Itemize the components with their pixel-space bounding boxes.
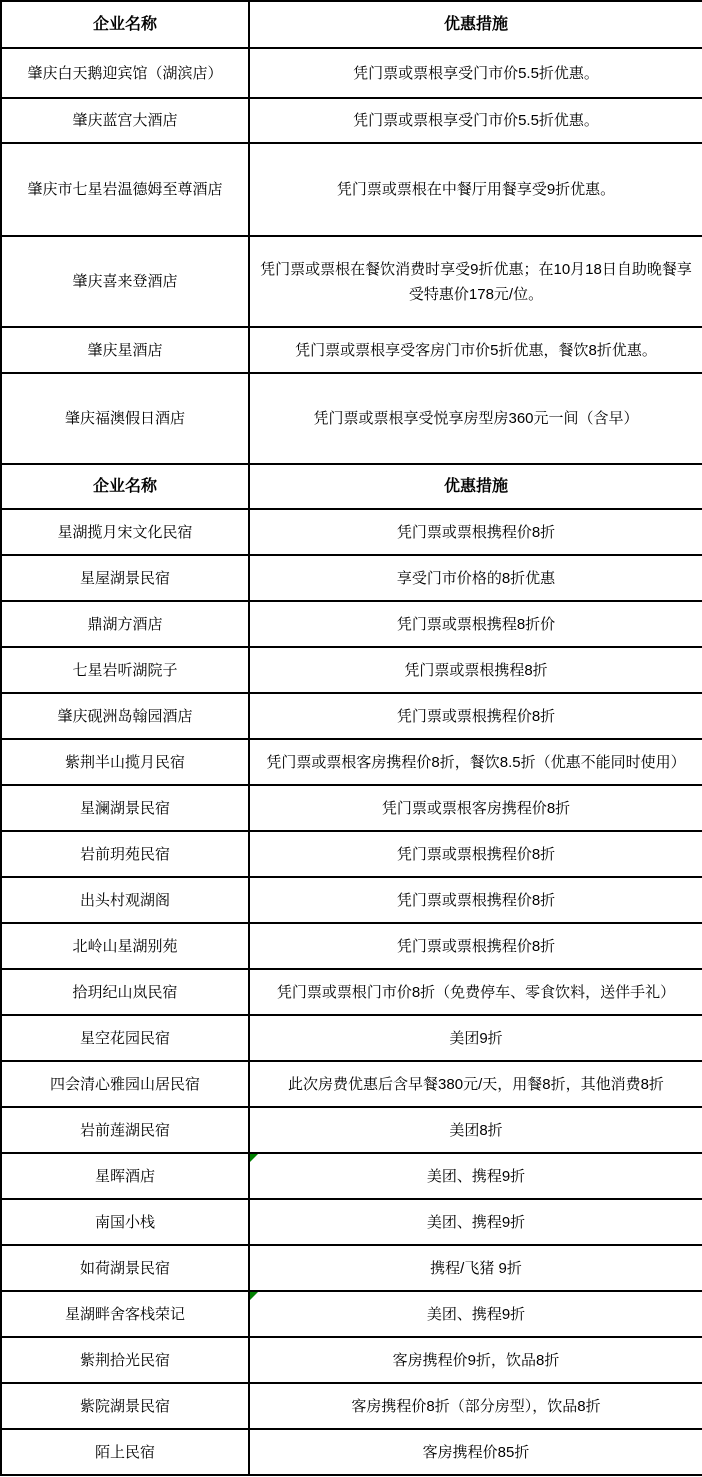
company-name-cell: 南国小栈: [1, 1199, 249, 1245]
table-row: 鼎湖方酒店 凭门票或票根携程8折价: [1, 601, 702, 647]
offer-cell: 凭门票或票根享受悦享房型房360元一间（含早）: [249, 373, 702, 464]
green-triangle-flag-icon: [250, 1292, 258, 1300]
company-name-cell: 鼎湖方酒店: [1, 601, 249, 647]
table-row: 四会清心雅园山居民宿 此次房费优惠后含早餐380元/天，用餐8折，其他消费8折: [1, 1061, 702, 1107]
column-header-company: 企业名称: [1, 464, 249, 509]
company-name-cell: 紫院湖景民宿: [1, 1383, 249, 1429]
company-name-cell: 星屋湖景民宿: [1, 555, 249, 601]
offer-cell: 享受门市价格的8折优惠: [249, 555, 702, 601]
table-row: 星湖畔舍客栈荣记 美团、携程9折: [1, 1291, 702, 1337]
table-row: 星晖酒店 美团、携程9折: [1, 1153, 702, 1199]
table-row: 星屋湖景民宿 享受门市价格的8折优惠: [1, 555, 702, 601]
table-row: 紫荆半山揽月民宿 凭门票或票根客房携程价8折，餐饮8.5折（优惠不能同时使用）: [1, 739, 702, 785]
offer-cell: 凭门票或票根享受客房门市价5折优惠，餐饮8折优惠。: [249, 327, 702, 373]
company-name-cell: 岩前玥苑民宿: [1, 831, 249, 877]
offer-cell: 凭门票或票根客房携程价8折，餐饮8.5折（优惠不能同时使用）: [249, 739, 702, 785]
company-name-cell: 北岭山星湖别苑: [1, 923, 249, 969]
offer-cell: 美团、携程9折: [249, 1199, 702, 1245]
offer-cell: 美团、携程9折: [249, 1291, 702, 1337]
table-row: 拾玥纪山岚民宿 凭门票或票根门市价8折（免费停车、零食饮料，送伴手礼）: [1, 969, 702, 1015]
column-header-company: 企业名称: [1, 1, 249, 48]
table-row: 南国小栈 美团、携程9折: [1, 1199, 702, 1245]
table-row: 肇庆白天鹅迎宾馆（湖滨店） 凭门票或票根享受门市价5.5折优惠。: [1, 48, 702, 98]
table-row: 肇庆喜来登酒店 凭门票或票根在餐饮消费时享受9折优惠；在10月18日自助晚餐享受…: [1, 236, 702, 327]
company-name-cell: 星湖畔舍客栈荣记: [1, 1291, 249, 1337]
company-name-cell: 星空花园民宿: [1, 1015, 249, 1061]
offer-text: 美团、携程9折: [427, 1168, 525, 1185]
offer-cell: 凭门票或票根携程8折: [249, 647, 702, 693]
company-name-cell: 肇庆市七星岩温德姆至尊酒店: [1, 143, 249, 236]
company-name-cell: 紫荆半山揽月民宿: [1, 739, 249, 785]
company-name-cell: 如荷湖景民宿: [1, 1245, 249, 1291]
table-row: 七星岩听湖院子 凭门票或票根携程8折: [1, 647, 702, 693]
table-row: 北岭山星湖别苑 凭门票或票根携程价8折: [1, 923, 702, 969]
table-row: 肇庆福澳假日酒店 凭门票或票根享受悦享房型房360元一间（含早）: [1, 373, 702, 464]
table-row: 肇庆砚洲岛翰园酒店 凭门票或票根携程价8折: [1, 693, 702, 739]
company-name-cell: 岩前莲湖民宿: [1, 1107, 249, 1153]
company-name-cell: 星晖酒店: [1, 1153, 249, 1199]
offer-cell: 凭门票或票根携程价8折: [249, 877, 702, 923]
offer-cell: 凭门票或票根享受门市价5.5折优惠。: [249, 98, 702, 143]
discount-table: 企业名称 优惠措施 肇庆白天鹅迎宾馆（湖滨店） 凭门票或票根享受门市价5.5折优…: [0, 0, 702, 1476]
column-header-offer: 优惠措施: [249, 464, 702, 509]
table-row: 岩前玥苑民宿 凭门票或票根携程价8折: [1, 831, 702, 877]
table-row: 紫院湖景民宿 客房携程价8折（部分房型），饮品8折: [1, 1383, 702, 1429]
company-name-cell: 肇庆星酒店: [1, 327, 249, 373]
company-name-cell: 肇庆喜来登酒店: [1, 236, 249, 327]
offer-cell: 携程/飞猪 9折: [249, 1245, 702, 1291]
offer-cell: 凭门票或票根在餐饮消费时享受9折优惠；在10月18日自助晚餐享受特惠价178元/…: [249, 236, 702, 327]
company-name-cell: 七星岩听湖院子: [1, 647, 249, 693]
table-header-row: 企业名称 优惠措施: [1, 1, 702, 48]
table-row: 如荷湖景民宿 携程/飞猪 9折: [1, 1245, 702, 1291]
offer-text: 美团、携程9折: [427, 1306, 525, 1323]
offer-cell: 凭门票或票根门市价8折（免费停车、零食饮料，送伴手礼）: [249, 969, 702, 1015]
table-row: 出头村观湖阁 凭门票或票根携程价8折: [1, 877, 702, 923]
company-name-cell: 星湖揽月宋文化民宿: [1, 509, 249, 555]
offer-cell: 客房携程价8折（部分房型），饮品8折: [249, 1383, 702, 1429]
table-row: 肇庆市七星岩温德姆至尊酒店 凭门票或票根在中餐厅用餐享受9折优惠。: [1, 143, 702, 236]
offer-cell: 客房携程价85折: [249, 1429, 702, 1475]
offer-cell: 凭门票或票根客房携程价8折: [249, 785, 702, 831]
company-name-cell: 星澜湖景民宿: [1, 785, 249, 831]
table-row: 星湖揽月宋文化民宿 凭门票或票根携程价8折: [1, 509, 702, 555]
table-row: 星澜湖景民宿 凭门票或票根客房携程价8折: [1, 785, 702, 831]
company-name-cell: 出头村观湖阁: [1, 877, 249, 923]
table-row: 肇庆星酒店 凭门票或票根享受客房门市价5折优惠，餐饮8折优惠。: [1, 327, 702, 373]
company-name-cell: 拾玥纪山岚民宿: [1, 969, 249, 1015]
company-name-cell: 肇庆福澳假日酒店: [1, 373, 249, 464]
table-row: 肇庆蓝宫大酒店 凭门票或票根享受门市价5.5折优惠。: [1, 98, 702, 143]
company-name-cell: 肇庆蓝宫大酒店: [1, 98, 249, 143]
offer-cell: 凭门票或票根携程8折价: [249, 601, 702, 647]
company-name-cell: 紫荆拾光民宿: [1, 1337, 249, 1383]
column-header-offer: 优惠措施: [249, 1, 702, 48]
company-name-cell: 四会清心雅园山居民宿: [1, 1061, 249, 1107]
company-name-cell: 陌上民宿: [1, 1429, 249, 1475]
company-name-cell: 肇庆白天鹅迎宾馆（湖滨店）: [1, 48, 249, 98]
offer-cell: 凭门票或票根在中餐厅用餐享受9折优惠。: [249, 143, 702, 236]
offer-cell: 此次房费优惠后含早餐380元/天，用餐8折，其他消费8折: [249, 1061, 702, 1107]
table-header-row: 企业名称 优惠措施: [1, 464, 702, 509]
offer-cell: 凭门票或票根携程价8折: [249, 831, 702, 877]
offer-cell: 凭门票或票根携程价8折: [249, 693, 702, 739]
offer-cell: 凭门票或票根享受门市价5.5折优惠。: [249, 48, 702, 98]
offer-cell: 凭门票或票根携程价8折: [249, 509, 702, 555]
table-row: 岩前莲湖民宿 美团8折: [1, 1107, 702, 1153]
offer-cell: 凭门票或票根携程价8折: [249, 923, 702, 969]
table-row: 星空花园民宿 美团9折: [1, 1015, 702, 1061]
table-row: 紫荆拾光民宿 客房携程价9折，饮品8折: [1, 1337, 702, 1383]
offer-cell: 美团、携程9折: [249, 1153, 702, 1199]
company-name-cell: 肇庆砚洲岛翰园酒店: [1, 693, 249, 739]
table-row: 陌上民宿 客房携程价85折: [1, 1429, 702, 1475]
offer-cell: 美团8折: [249, 1107, 702, 1153]
offer-cell: 客房携程价9折，饮品8折: [249, 1337, 702, 1383]
offer-cell: 美团9折: [249, 1015, 702, 1061]
green-triangle-flag-icon: [250, 1154, 258, 1162]
